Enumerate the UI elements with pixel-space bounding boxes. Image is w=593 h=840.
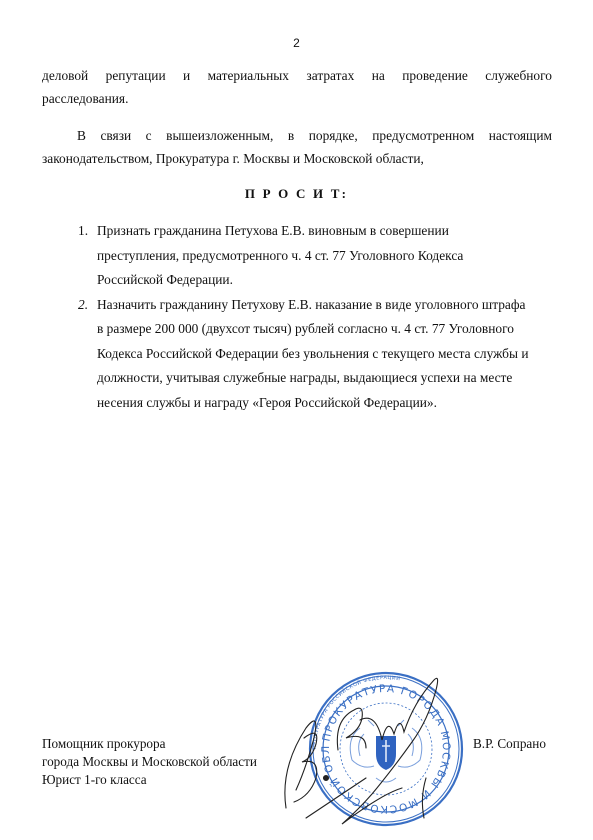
paragraph-reputation: деловой репутации и материальных затрата… [42, 64, 552, 110]
paragraph-line: деловой репутации и материальных затрата… [42, 64, 552, 87]
signatory-position: Помощник прокурора города Москвы и Моско… [42, 735, 257, 789]
list-item-line: несения службы и награду «Героя Российск… [97, 391, 558, 416]
list-item-number: 2. [78, 293, 88, 318]
official-stamp: ПРОКУРАТУРА РОССИЙСКОЙ ФЕДЕРАЦИИ ПРОКУРА… [276, 668, 466, 830]
section-heading-prosit: П Р О С И Т: [0, 186, 593, 202]
list-item-line: Признать гражданина Петухова Е.В. виновн… [97, 219, 558, 244]
list-item-line: Российской Федерации. [97, 268, 558, 293]
signatory-name: В.Р. Сопрано [473, 735, 546, 753]
page-number: 2 [0, 36, 593, 50]
paragraph-in-connection: В связи с вышеизложенным, в порядке, пре… [42, 124, 552, 170]
list-item: 1. Признать гражданина Петухова Е.В. вин… [78, 219, 558, 293]
paragraph-line: В связи с вышеизложенным, в порядке, пре… [42, 124, 552, 147]
list-item-line: должности, учитывая служебные награды, в… [97, 366, 558, 391]
list-item-line: в размере 200 000 (двухсот тысяч) рублей… [97, 317, 558, 342]
signatory-position-line: Помощник прокурора [42, 735, 257, 753]
list-item-number: 1. [78, 219, 88, 244]
signatory-position-line: города Москвы и Московской области [42, 753, 257, 771]
paragraph-line: законодательством, Прокуратура г. Москвы… [42, 147, 552, 170]
list-item: 2. Назначить гражданину Петухову Е.В. на… [78, 293, 558, 416]
paragraph-line: расследования. [42, 87, 552, 110]
signatory-position-line: Юрист 1-го класса [42, 771, 257, 789]
list-item-line: Назначить гражданину Петухову Е.В. наказ… [97, 293, 558, 318]
requests-list: 1. Признать гражданина Петухова Е.В. вин… [78, 219, 558, 415]
list-item-line: преступления, предусмотренного ч. 4 ст. … [97, 244, 558, 269]
list-item-line: Кодекса Российской Федерации без увольне… [97, 342, 558, 367]
stamp-seal-icon: ПРОКУРАТУРА РОССИЙСКОЙ ФЕДЕРАЦИИ ПРОКУРА… [276, 668, 466, 830]
